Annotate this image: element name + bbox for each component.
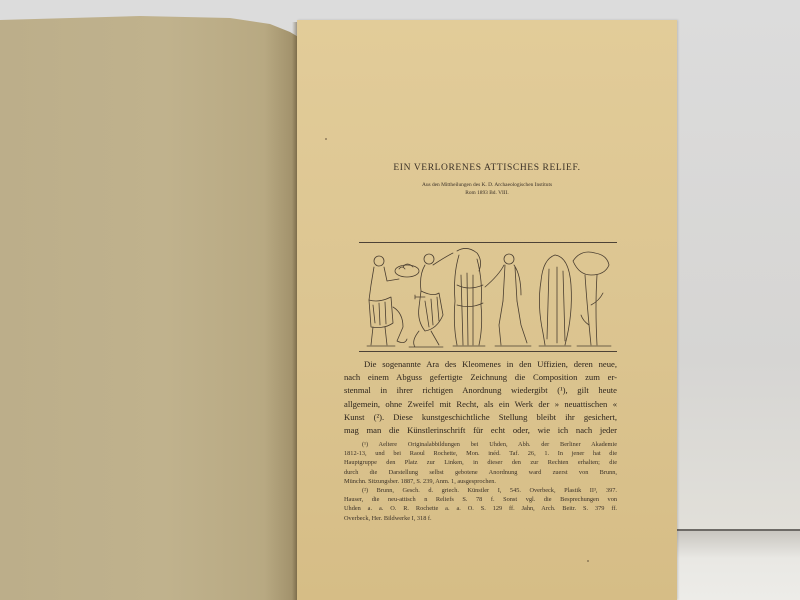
footnote-line: Uhden a. a. O. R. Rochette a. a. O. S. 1… [344,504,617,513]
body-line: allgemein, ohne Zweifel mit Recht, als e… [344,398,617,411]
footnote-line: Overbeck, Her. Bildwerke I, 318 f. [344,514,617,523]
footnote-line: 1812-13, und bei Raoul Rochette, Mon. in… [344,449,617,458]
relief-drawing-image [359,245,617,351]
body-line: mag man die Künstlerinschrift für echt o… [344,424,617,437]
footnote-line: Münchn. Sitzungsber. 1887, S. 239, Anm. … [344,477,617,486]
footnote-line: Hauser, die neu-attisch n Reliefs S. 78 … [344,495,617,504]
subtitle-line-2: Rom 1893 Bd. VIII. [297,189,677,197]
body-line: stenmal in ihrer richtigen Anordnung wie… [344,384,617,397]
bottom-rule [359,351,617,352]
footnote-line: Hauptgruppe den Platz zur Linken, in die… [344,458,617,467]
paper-speck [325,138,327,140]
footnotes: (¹) Aeltere Originalabbildungen bei Uhde… [344,440,617,523]
article-title: EIN VERLORENES ATTISCHES RELIEF. [297,163,677,173]
footnote-line: durch die Darstellung selbst gebotene An… [344,468,617,477]
right-page: EIN VERLORENES ATTISCHES RELIEF. Aus den… [297,20,677,600]
body-paragraph: Die sogenannte Ara des Kleomenes in den … [344,358,617,437]
body-line: nach einem Abguss gefertigte Zeichnung d… [344,371,617,384]
footnote-line: (²) Brunn, Gesch. d. griech. Künstler I,… [344,486,617,495]
subtitle-line-1: Aus den Mittheilungen des K. D. Archaeol… [297,181,677,189]
top-rule [359,242,617,243]
left-page [0,14,300,600]
article-subtitle: Aus den Mittheilungen des K. D. Archaeol… [297,181,677,197]
body-line: Kunst (²). Diese kunstgeschichtliche Ste… [344,411,617,424]
footnote-line: (¹) Aeltere Originalabbildungen bei Uhde… [344,440,617,449]
surface-lower [676,531,800,600]
body-line: Die sogenannte Ara des Kleomenes in den … [344,358,617,371]
paper-speck [587,560,589,562]
